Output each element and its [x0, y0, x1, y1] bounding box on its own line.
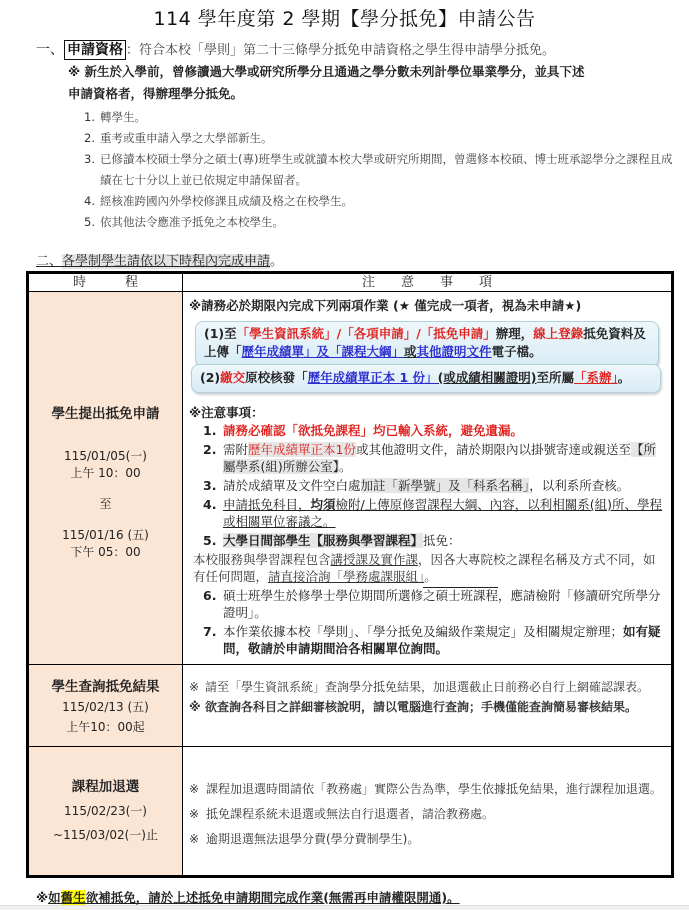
add-drop-notes-cell: ※課程加退選時間請依「教務處」實際公告為準，學生依據抵免結果，進行課程加退選。 …	[183, 747, 673, 877]
list-item: ※抵免課程系統未退選或無法自行退選者，請洽教務處。	[189, 802, 665, 827]
notes-list-cont: 6.碩士班學生於修學士學位期間所選修之碩士班課程，應請檢附「修讀研究所學分證明」…	[203, 587, 665, 657]
section-number: 一、	[36, 42, 64, 58]
add-drop-title: 課程加退選	[29, 775, 182, 799]
other-documents: 其他證明文件	[417, 344, 492, 359]
apply-to: 至	[29, 496, 182, 513]
step1-callout: (1)至「學生資訊系統」/「各項申請」/「抵免申請」辦理，線上登錄抵免資料及上傳…	[195, 321, 659, 367]
list-item: 5.依其他法令應准予抵免之本校學生。	[84, 212, 676, 233]
step2-callout: (2)繳交原校核發「歷年成績單正本 1 份」(或成績相關證明)至所屬「系辦」。	[191, 364, 661, 393]
system-path: 「學生資訊系統」/「各項申請」/「抵免申請」	[237, 326, 496, 341]
query-notes-cell: ※請至「學生資訊系統」查詢學分抵免結果，加退選截止日前務必自行上網確認課表。 ※…	[183, 665, 673, 747]
original-transcript: 歷年成績單正本 1 份」	[308, 370, 438, 385]
table-row-apply: 學生提出抵免申請 115/01/05(一) 上午 10：00 至 115/01/…	[28, 292, 673, 665]
list-item: 6.碩士班學生於修學士學位期間所選修之碩士班課程，應請檢附「修讀研究所學分證明」…	[203, 587, 665, 621]
apply-title: 學生提出抵免申請	[29, 402, 182, 422]
list-item: ※逾期退選無法退學分費(學分費制學生)。	[189, 827, 665, 852]
returning-student-note: ※如舊生欲補抵免，請於上述抵免申請期間完成作業(無需再申請權限開通)。	[36, 888, 460, 906]
returning-student-highlight: 舊生	[61, 890, 86, 905]
table-row-add-drop: 課程加退選 115/02/23(一) ~115/03/02(一)止 ※課程加退選…	[28, 747, 673, 877]
apply-end-date: 115/01/16 (五)	[29, 527, 182, 544]
eligibility-heading: 申請資格	[64, 40, 126, 60]
add-drop-period-cell: 課程加退選 115/02/23(一) ~115/03/02(一)止	[28, 747, 183, 877]
schedule-heading: 二、各學制學生請依以下時程內完成申請。	[36, 250, 283, 269]
list-item: ※課程加退選時間請依「教務處」實際公告為準，學生依據抵免結果，進行課程加退選。	[189, 777, 665, 802]
list-item: 5.大學日間部學生【服務與學習課程】抵免：	[203, 532, 665, 549]
query-period-cell: 學生查詢抵免結果 115/02/13 (五) 上午10：00起	[28, 665, 183, 747]
list-item: 3.已修讀本校碩士學分之碩士(專)班學生或就讀本校大學或研究所期間，曾選修本校碩…	[84, 149, 676, 191]
table-header-row: 時 程 注 意 事 項	[28, 273, 673, 292]
list-item: 2.重考或重申請入學之大學部新生。	[84, 128, 676, 149]
list-item: 4.申請抵免科目，均須檢附/上傳原修習課程大綱、內容，以利相關系(組)所、學程或…	[203, 496, 665, 530]
submit-label: 繳交	[220, 370, 245, 385]
list-item: 7.本作業依據本校「學則」、「學分抵免及編級作業規定」及相關規定辦理；如有疑問，…	[203, 623, 665, 657]
apply-notes-cell: ※請務必於期限內完成下列兩項作業 (★ 僅完成一項者，視為未申請★) (1)至「…	[183, 292, 673, 665]
notes-list: 1.請務必確認「欲抵免課程」均已輸入系統，避免遺漏。 2.需附歷年成績單正本1份…	[203, 422, 665, 549]
section-number: 二、	[36, 254, 62, 269]
header-notes: 注 意 事 項	[183, 273, 673, 292]
list-item: 1.轉學生。	[84, 107, 676, 128]
transcript-syllabus: 歷年成績單」及「課程大綱」	[242, 344, 405, 359]
apply-start-time: 上午 10：00	[29, 465, 182, 482]
schedule-table: 時 程 注 意 事 項 學生提出抵免申請 115/01/05(一) 上午 10：…	[26, 271, 674, 878]
department-office: 「系辦」	[574, 370, 618, 385]
table-row-query: 學生查詢抵免結果 115/02/13 (五) 上午10：00起 ※請至「學生資訊…	[28, 665, 673, 747]
list-item: 3.請於成績單及文件空白處加註「新學號」及「科系名稱」，以利系所查核。	[203, 477, 665, 494]
page-bottom-edge	[0, 905, 689, 910]
page-title: 114 學年度第 2 學期【學分抵免】申請公告	[0, 4, 689, 31]
requirement-line: ※請務必於期限內完成下列兩項作業 (★ 僅完成一項者，視為未申請★)	[189, 296, 665, 316]
list-item: 2.需附歷年成績單正本1份或其他證明文件，請於期限內以掛號寄達或親送至【所屬學系…	[203, 441, 665, 475]
list-item: ※欲查詢各科目之詳細審核說明，請以電腦進行查詢；手機僅能查詢簡易審核結果。	[189, 697, 665, 717]
eligibility-heading-line: 一、申請資格：符合本校「學則」第二十三條學分抵免申請資格之學生得申請學分抵免。	[36, 40, 676, 61]
header-schedule: 時 程	[28, 273, 183, 292]
eligibility-list: 1.轉學生。 2.重考或重申請入學之大學部新生。 3.已修讀本校碩士學分之碩士(…	[84, 107, 676, 233]
query-time: 上午10：00起	[29, 717, 182, 737]
online-register: 線上登錄	[533, 326, 583, 341]
list-item: ※請至「學生資訊系統」查詢學分抵免結果，加退選截止日前務必自行上網確認課表。	[189, 677, 665, 697]
add-drop-end-date: ~115/03/02(一)止	[29, 823, 182, 847]
notes-title: ※注意事項：	[189, 404, 665, 422]
query-title: 學生查詢抵免結果	[29, 677, 182, 697]
add-drop-date: 115/02/23(一)	[29, 799, 182, 823]
section-eligibility: 一、申請資格：符合本校「學則」第二十三條學分抵免申請資格之學生得申請學分抵免。 …	[36, 40, 676, 233]
service-learning-note: 本校服務與學習課程包含講授課及實作課，因各大專院校之課程名稱及方式不同，如有任何…	[193, 551, 665, 585]
apply-start-date: 115/01/05(一)	[29, 448, 182, 465]
eligibility-intro: ：符合本校「學則」第二十三條學分抵免申請資格之學生得申請學分抵免。	[126, 43, 555, 58]
new-student-note-cont: 申請資格者，得辦理學分抵免。	[68, 83, 676, 105]
apply-end-time: 下午 05：00	[29, 544, 182, 561]
list-item: 4.經核准跨國內外學校修課且成績及格之在校學生。	[84, 191, 676, 212]
new-student-note: ※ 新生於入學前，曾修讀過大學或研究所學分且通過之學分數未列計學位畢業學分，並具…	[68, 61, 676, 83]
query-date: 115/02/13 (五)	[29, 697, 182, 717]
list-item: 1.請務必確認「欲抵免課程」均已輸入系統，避免遺漏。	[203, 422, 665, 439]
schedule-heading-text: 各學制學生請依以下時程內完成申請	[62, 254, 270, 269]
apply-period-cell: 學生提出抵免申請 115/01/05(一) 上午 10：00 至 115/01/…	[28, 292, 183, 665]
